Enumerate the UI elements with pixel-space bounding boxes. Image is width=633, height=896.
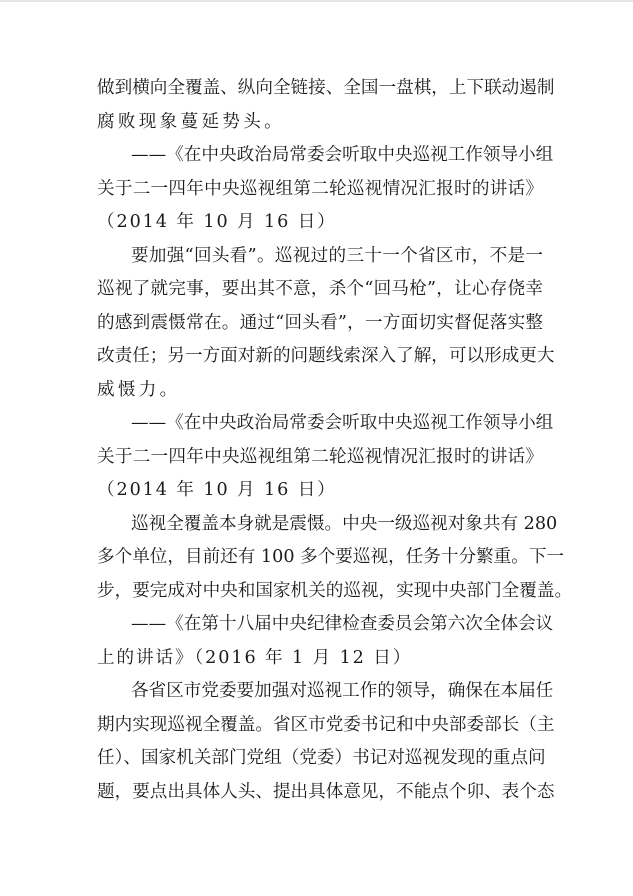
citation-line: ——《在中央政治局常委会听取中央巡视工作领导小组 [97,407,543,441]
body-line: 改责任；另一方面对新的问题线索深入了解，可以形成更大 [97,340,543,374]
body-line: 威慑力。 [97,374,543,408]
citation-line: ——《在中央政治局常委会听取中央巡视工作领导小组 [97,139,543,173]
body-line: 题，要点出具体人头、提出具体意见，不能点个卯、表个态 [97,776,543,810]
body-line: 的感到震慑常在。通过“回头看”，一方面切实督促落实整 [97,307,543,341]
body-line: 步，要完成对中央和国家机关的巡视，实现中央部门全覆盖。 [97,575,543,609]
body-line: 期内实现巡视全覆盖。省区市党委书记和中央部委部长（主 [97,709,543,743]
page-top-edge [0,0,633,2]
body-line: 多个单位，目前还有 100 多个要巡视，任务十分繁重。下一 [97,541,543,575]
body-line: 巡视全覆盖本身就是震慑。中央一级巡视对象共有 280 [97,508,543,542]
body-line: 做到横向全覆盖、纵向全链接、全国一盘棋，上下联动遏制 [97,72,543,106]
body-line: 要加强“回头看”。巡视过的三十一个省区市，不是一 [97,240,543,274]
citation-line: ——《在第十八届中央纪律检查委员会第六次全体会议 [97,608,543,642]
citation-line: 关于二一四年中央巡视组第二轮巡视情况汇报时的讲话》 [97,441,543,475]
body-line: 巡视了就完事，要出其不意，杀个“回马枪”，让心存侥幸 [97,273,543,307]
document-page: 做到横向全覆盖、纵向全链接、全国一盘棋，上下联动遏制 腐败现象蔓延势头。 ——《… [97,72,543,809]
body-line: 任）、国家机关部门党组（党委）书记对巡视发现的重点问 [97,742,543,776]
citation-date: （2014 年 10 月 16 日） [97,474,543,508]
citation-date: （2014 年 10 月 16 日） [97,206,543,240]
citation-date: 上的讲话》（2016 年 1 月 12 日） [97,642,543,676]
citation-line: 关于二一四年中央巡视组第二轮巡视情况汇报时的讲话》 [97,173,543,207]
body-line: 各省区市党委要加强对巡视工作的领导，确保在本届任 [97,675,543,709]
body-line: 腐败现象蔓延势头。 [97,106,543,140]
